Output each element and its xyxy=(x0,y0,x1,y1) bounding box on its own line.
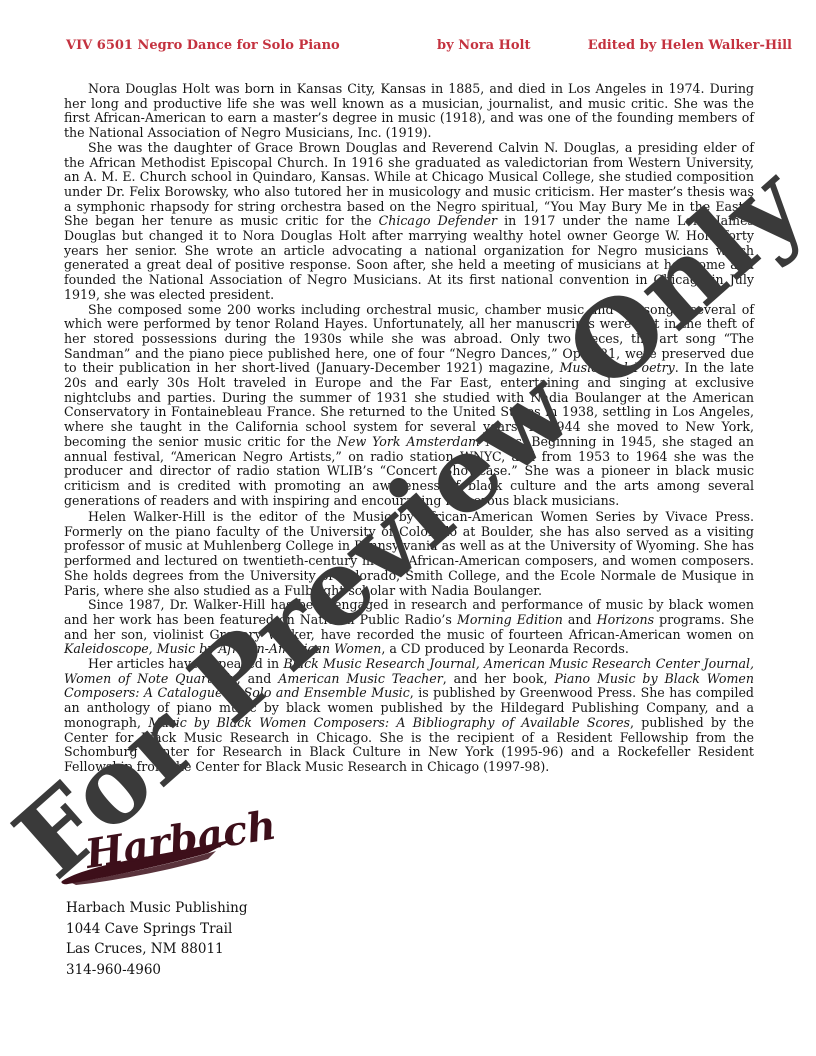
publisher-phone: 314-960-4960 xyxy=(66,960,247,981)
byline: by Nora Holt xyxy=(437,38,530,53)
bio-paragraph: Helen Walker-Hill is the editor of the M… xyxy=(64,510,754,598)
publisher-street: 1044 Cave Springs Trail xyxy=(66,919,247,940)
editor-credit: Edited by Helen Walker-Hill xyxy=(588,38,792,53)
bio-paragraph: Nora Douglas Holt was born in Kansas Cit… xyxy=(64,82,754,141)
bio-paragraph: Since 1987, Dr. Walker-Hill has been eng… xyxy=(64,598,754,657)
bio-paragraph: She was the daughter of Grace Brown Doug… xyxy=(64,141,754,303)
catalog-title: VIV 6501 Negro Dance for Solo Piano xyxy=(66,38,340,53)
document-page: VIV 6501 Negro Dance for Solo Piano by N… xyxy=(0,0,816,1056)
helen-walker-hill-biography: Helen Walker-Hill is the editor of the M… xyxy=(64,510,754,775)
publisher-block: Harbach Music Publishing 1044 Cave Sprin… xyxy=(66,898,247,980)
publisher-city: Las Cruces, NM 88011 xyxy=(66,939,247,960)
bio-paragraph: She composed some 200 works including or… xyxy=(64,303,754,509)
harbach-logo: Harbach xyxy=(58,795,278,905)
harbach-logo-icon: Harbach xyxy=(58,795,278,905)
nora-holt-biography: Nora Douglas Holt was born in Kansas Cit… xyxy=(64,82,754,508)
page-header: VIV 6501 Negro Dance for Solo Piano by N… xyxy=(66,38,792,53)
harbach-logo-text: Harbach xyxy=(81,802,278,879)
bio-paragraph: Her articles have appeared in Black Musi… xyxy=(64,657,754,775)
